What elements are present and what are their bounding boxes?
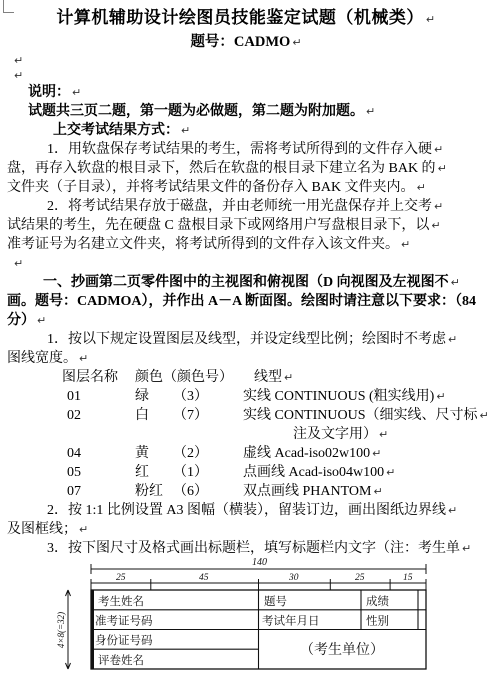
section-heading-line: 一、抄画第二页零件图中的主视图和俯视图（D 向视图及左视图不↵ (43, 273, 485, 292)
return-mark-icon: ↵ (77, 523, 88, 536)
return-mark-icon: ↵ (364, 105, 375, 118)
layer-color: 红 (135, 463, 173, 482)
text-line: 图线宽度。↵ (7, 349, 485, 368)
layer-row: 07粉红（6）双点画线 PHANTOM↵ (67, 482, 485, 501)
layer-row: 04黄（2）虚线 Acad-iso02w100↵ (67, 444, 485, 463)
layer-color-number: （7） (173, 406, 243, 425)
return-mark-icon: ↵ (77, 352, 88, 365)
text-line: 1．用软盘保存考试结果的考生，需将考试所得到的文件存入硬↵ (47, 140, 485, 159)
empty-line: ↵ (12, 68, 485, 83)
dim-total-label: 140 (252, 557, 267, 568)
return-mark-icon: ↵ (290, 36, 301, 49)
text-line: 及图框线；↵ (7, 520, 485, 539)
dim-segment-label: 30 (288, 573, 299, 583)
cell-grader: 评卷姓名 (98, 653, 144, 667)
text-line: 2．将考试结果存放于磁盘，并由老师统一用光盘保存并上交考↵ (47, 197, 485, 216)
cell-gender: 性别 (366, 614, 389, 628)
layer-color: 黄 (135, 444, 173, 463)
return-mark-icon: ↵ (377, 428, 388, 441)
layer-color-number: （3） (173, 387, 243, 406)
line-text: 及图框线； (7, 522, 77, 537)
return-mark-icon: ↵ (12, 54, 23, 67)
return-mark-icon: ↵ (70, 86, 81, 99)
empty-line: ↵ (12, 254, 485, 273)
layer-color-number: （2） (173, 444, 243, 463)
layer-color: 绿 (135, 387, 173, 406)
document-page: 计算机辅助设计绘图员技能鉴定试题（机械类）↵ 题号：CADMO↵ ↵ ↵ 说明：… (0, 0, 493, 680)
return-mark-icon: ↵ (424, 13, 436, 26)
document-title-text: 计算机辅助设计绘图员技能鉴定试题（机械类） (56, 8, 424, 27)
return-mark-icon: ↵ (399, 238, 410, 251)
dim-segment-label: 15 (403, 573, 413, 583)
layer-header-linetype: 线型 (254, 370, 282, 385)
text-line: 说明：↵ (28, 83, 485, 102)
layer-row: 05红（1）点画线 Acad-iso04w100↵ (67, 463, 485, 482)
layer-linetype: 双点画线 PHANTOM (243, 484, 371, 499)
layer-color: 粉红 (135, 482, 173, 501)
cell-score: 成绩 (366, 594, 389, 608)
text-line: 试题共三页二题，第一题为必做题，第二题为附加题。↵ (28, 102, 485, 121)
return-mark-icon: ↵ (478, 409, 489, 422)
line-text: 2．将考试结果存放于磁盘，并由老师统一用光盘保存并上交考 (47, 199, 432, 214)
cell-ticket-no: 准考证号码 (95, 614, 153, 628)
return-mark-icon: ↵ (371, 485, 382, 498)
text-line: 2．按 1:1 比例设置 A3 图幅（横装），留装订边，画出图纸边界线↵ (47, 501, 485, 520)
cell-question-no: 题号 (264, 594, 287, 608)
document-title: 计算机辅助设计绘图员技能鉴定试题（机械类）↵ (7, 6, 485, 32)
layer-table-header: 图层名称颜色（颜色号）线型↵ (62, 368, 485, 387)
title-block-diagram: 140 25 45 30 25 15 4×8(=32) 考生姓名 题号 成绩 准… (56, 550, 460, 680)
empty-line: ↵ (12, 53, 485, 68)
layer-linetype: 实线 CONTINUOUS（细实线、尺寸标 (243, 408, 478, 423)
document-subtitle: 题号：CADMO↵ (7, 32, 485, 53)
return-mark-icon: ↵ (432, 200, 443, 213)
line-text: 试题共三页二题，第一题为必做题，第二题为附加题。 (28, 104, 364, 119)
document-subtitle-text: 题号：CADMO (190, 34, 290, 50)
line-text: 上交考试结果方式： (53, 123, 179, 138)
layer-row: 02白（7）实线 CONTINUOUS（细实线、尺寸标↵ (67, 406, 485, 425)
return-mark-icon: ↵ (12, 257, 23, 270)
line-text: 文件夹（子目录），并将考试结果文件的备份存入 BAK 文件夹内。 (7, 180, 415, 195)
line-text: 图线宽度。 (7, 351, 77, 366)
layer-name: 01 (67, 387, 135, 406)
return-mark-icon: ↵ (446, 333, 457, 346)
return-mark-icon: ↵ (415, 181, 426, 194)
return-mark-icon: ↵ (282, 371, 293, 384)
return-mark-icon: ↵ (446, 504, 457, 517)
line-text: 1．用软盘保存考试结果的考生，需将考试所得到的文件存入硬 (47, 142, 432, 157)
section-heading-line: 分）↵ (7, 311, 485, 330)
layer-row: 01绿（3）实线 CONTINUOUS (粗实线用)↵ (67, 387, 485, 406)
layer-color-number: （6） (173, 482, 243, 501)
layer-color: 白 (135, 406, 173, 425)
return-mark-icon: ↵ (434, 390, 445, 403)
text-line: 试结果的考生，先在硬盘 C 盘根目录下或网络用户写盘根目录下，以↵ (7, 216, 485, 235)
line-text: 准考证号为名建立文件夹，将考试所得到的文件存入该文件夹。 (7, 237, 399, 252)
layer-color-number: （1） (173, 463, 243, 482)
return-mark-icon: ↵ (179, 124, 190, 137)
text-line: 文件夹（子目录），并将考试结果文件的备份存入 BAK 文件夹内。↵ (7, 178, 485, 197)
line-text: 一、抄画第二页零件图中的主视图和俯视图（D 向视图及左视图不 (43, 275, 449, 290)
return-mark-icon: ↵ (384, 466, 395, 479)
line-text: 2．按 1:1 比例设置 A3 图幅（横装），留装订边，画出图纸边界线 (47, 503, 446, 518)
document-content: 计算机辅助设计绘图员技能鉴定试题（机械类）↵ 题号：CADMO↵ ↵ ↵ 说明：… (7, 6, 485, 558)
layer-name: 05 (67, 463, 135, 482)
text-line: 准考证号为名建立文件夹，将考试所得到的文件存入该文件夹。↵ (7, 235, 485, 254)
layer-linetype: 点画线 Acad-iso04w100 (243, 465, 384, 480)
return-mark-icon: ↵ (436, 162, 447, 175)
line-text: 画。题号：CADMOA），并作出 A－A 断面图。绘图时请注意以下要求：（84 (7, 294, 476, 309)
return-mark-icon: ↵ (460, 542, 471, 555)
text-line: 盘，再存入软盘的根目录下，然后在软盘的根目录下建立名为 BAK 的↵ (7, 159, 485, 178)
layer-linetype: 虚线 Acad-iso02w100 (243, 446, 370, 461)
dim-segment-label: 25 (355, 573, 365, 583)
cell-exam-date: 考试年月日 (262, 614, 320, 628)
return-mark-icon: ↵ (12, 69, 23, 82)
return-mark-icon: ↵ (432, 143, 443, 156)
dim-height-label: 4×8(=32) (56, 612, 66, 648)
cell-id-no: 身份证号码 (95, 634, 153, 647)
text-line: 上交考试结果方式：↵ (53, 121, 485, 140)
layer-header-color: 颜色（颜色号） (135, 368, 254, 387)
layer-name: 04 (67, 444, 135, 463)
layer-name: 02 (67, 406, 135, 425)
line-text: 说明： (28, 85, 70, 100)
cell-candidate-unit: （考生单位） (300, 641, 384, 658)
return-mark-icon: ↵ (35, 314, 46, 327)
line-text: 1．按以下规定设置图层及线型，并设定线型比例；绘图时不考虑 (47, 332, 446, 347)
layer-name: 07 (67, 482, 135, 501)
return-mark-icon: ↵ (370, 447, 381, 460)
return-mark-icon: ↵ (429, 219, 440, 232)
layer-row-wrap-line: 注及文字用）↵ (293, 425, 485, 444)
layer-linetype-wrap: 注及文字用） (293, 427, 377, 442)
line-text: 盘，再存入软盘的根目录下，然后在软盘的根目录下建立名为 BAK 的 (7, 161, 436, 176)
line-text: 试结果的考生，先在硬盘 C 盘根目录下或网络用户写盘根目录下，以 (7, 218, 429, 233)
layer-linetype: 实线 CONTINUOUS (粗实线用) (243, 389, 434, 404)
dim-segment-label: 25 (116, 573, 126, 583)
text-line: 1．按以下规定设置图层及线型，并设定线型比例；绘图时不考虑↵ (47, 330, 485, 349)
layer-header-name: 图层名称 (62, 368, 135, 387)
dim-segment-label: 45 (199, 573, 209, 583)
line-text: 分） (7, 313, 35, 328)
cell-candidate-name: 考生姓名 (98, 594, 144, 608)
section-heading-line: 画。题号：CADMOA），并作出 A－A 断面图。绘图时请注意以下要求：（84 (7, 292, 485, 311)
return-mark-icon: ↵ (449, 276, 460, 289)
